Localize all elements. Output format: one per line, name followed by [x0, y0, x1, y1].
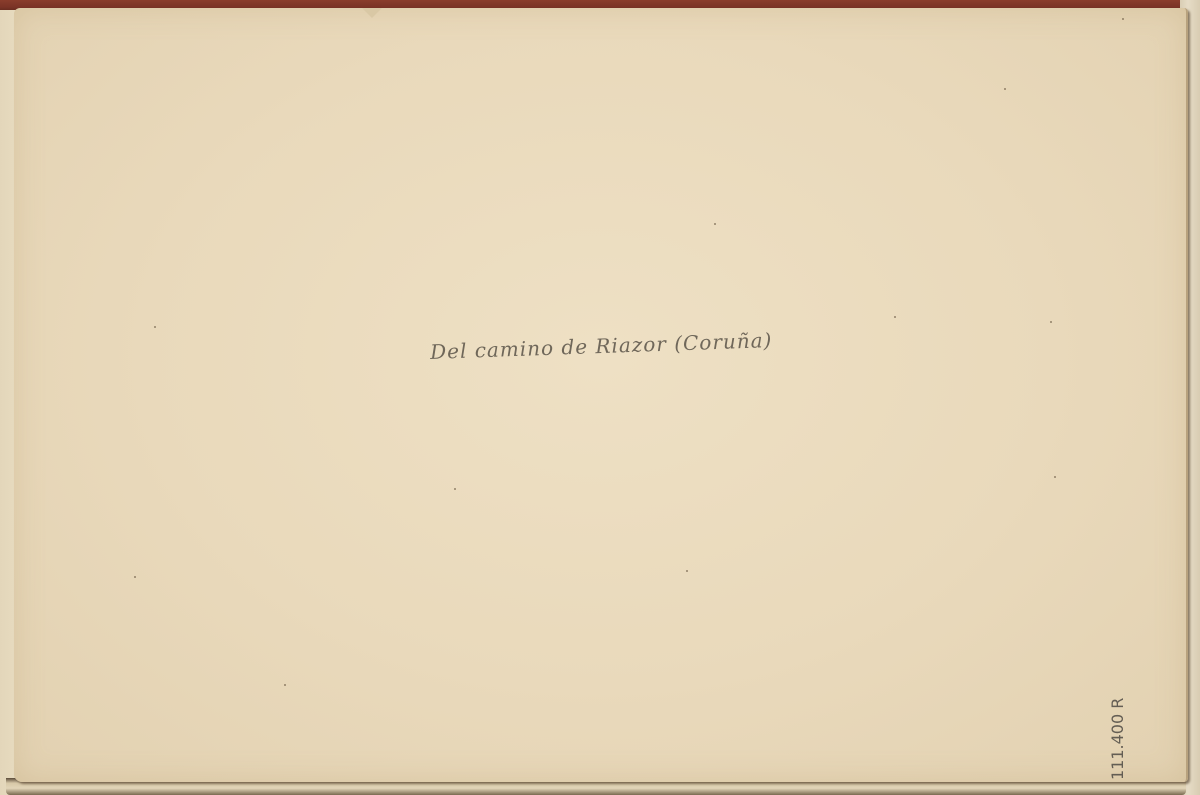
paper-speck — [154, 326, 156, 328]
paper-speck — [1004, 88, 1006, 90]
paper-speck — [894, 316, 896, 318]
paper-speck — [134, 576, 136, 578]
paper-speck — [714, 223, 716, 225]
sketchbook-page — [14, 8, 1188, 782]
paper-speck — [686, 570, 688, 572]
paper-speck — [1054, 476, 1056, 478]
catalog-number: 111.400 R — [1108, 698, 1127, 780]
paper-speck — [454, 488, 456, 490]
paper-speck — [284, 684, 286, 686]
paper-speck — [1050, 321, 1052, 323]
paper-speck — [1122, 18, 1124, 20]
